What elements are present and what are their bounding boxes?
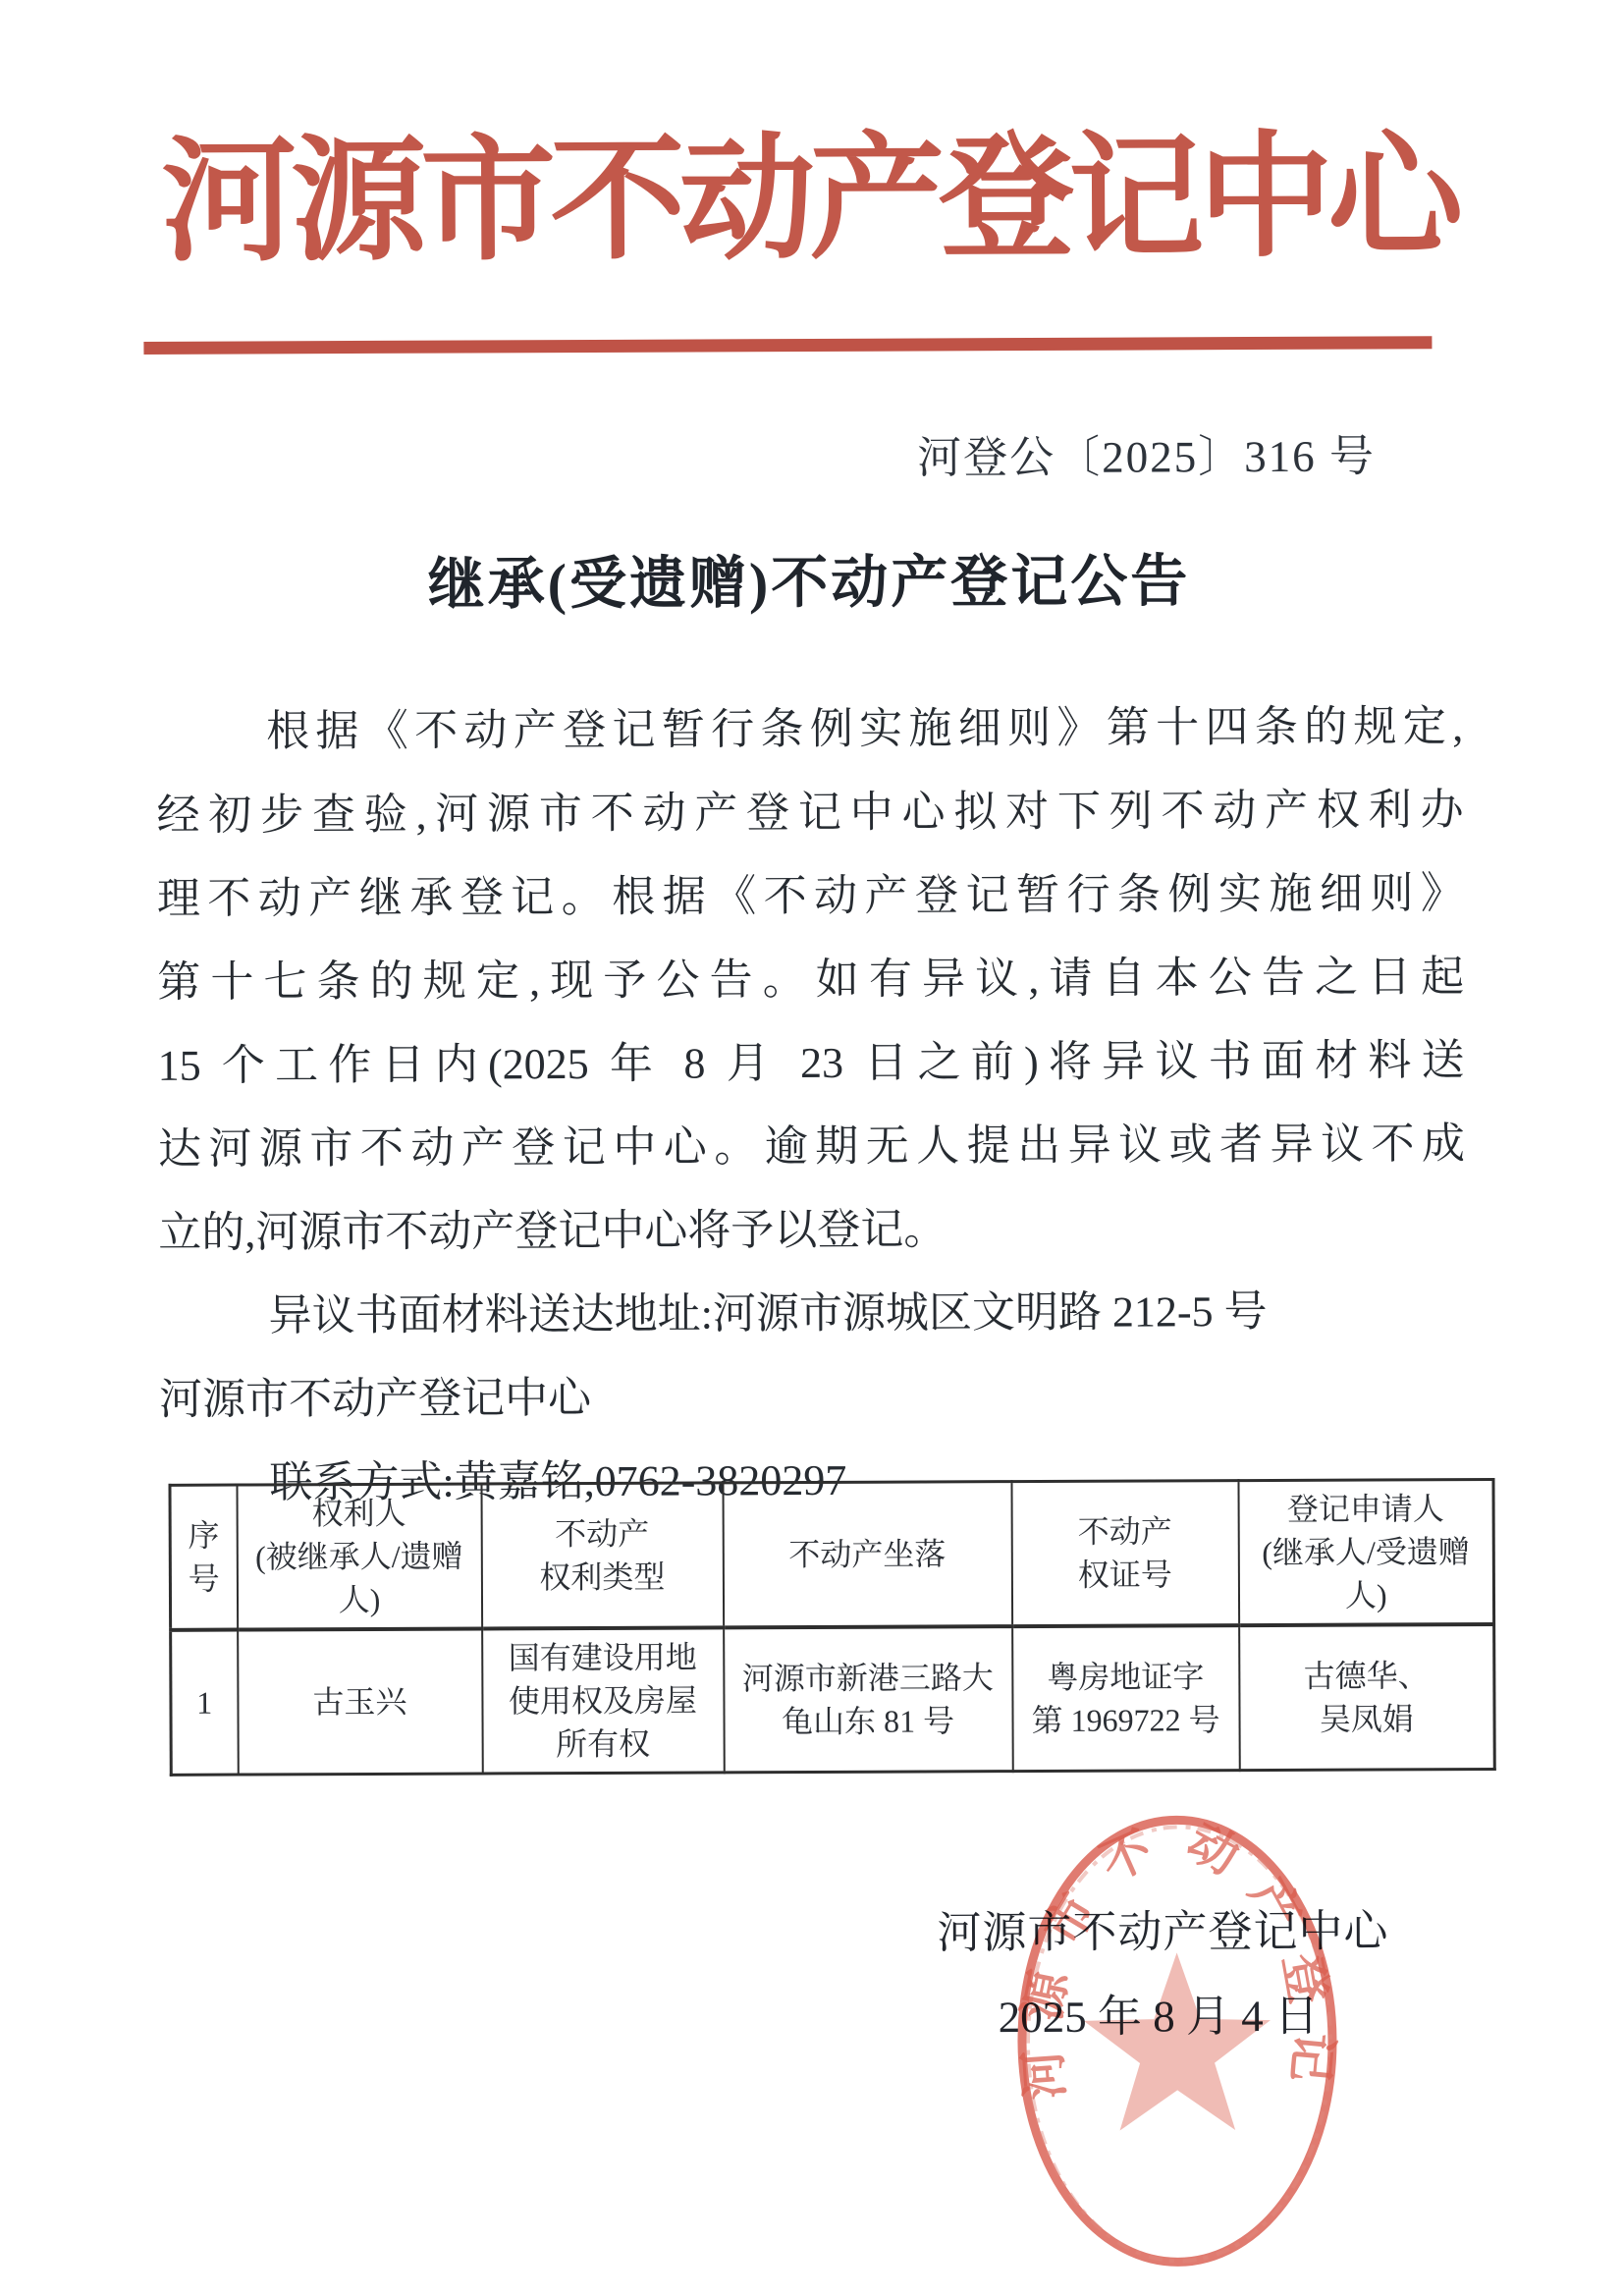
table-header-row: 序 号 权利人 (被继承人/遗赠 人) 不动产 权利类型 不动产坐落 不动产 权… [170,1479,1494,1629]
cell-right-holder: 古玉兴 [238,1628,483,1775]
body-line: 达河源市不动产登记中心。逾期无人提出异议或者异议不成 [158,1102,1465,1191]
header-serial-number: 序 号 [170,1485,238,1630]
cell-location: 河源市新港三路大 龟山东 81 号 [724,1626,1013,1773]
cell-certificate-number: 粤房地证字 第 1969722 号 [1012,1625,1240,1772]
header-right-holder: 权利人 (被继承人/遗赠 人) [237,1484,482,1630]
document-page: 河源市不动产登记中心 河登公〔2025〕316 号 继承(受遗赠)不动产登记公告… [0,0,1623,2296]
cell-right-type: 国有建设用地 使用权及房屋 所有权 [482,1627,725,1774]
body-line: 根据《不动产登记暂行条例实施细则》第十四条的规定, [156,684,1463,774]
body-line: 经初步查验,河源市不动产登记中心拟对下列不动产权利办 [156,768,1463,857]
body-line: 15 个工作日内(2025 年 8 月 23 日之前)将异议书面材料送 [157,1018,1464,1108]
scan-content: 河源市不动产登记中心 河登公〔2025〕316 号 继承(受遗赠)不动产登记公告… [0,0,1623,2296]
header-right-type: 不动产 权利类型 [481,1483,724,1629]
header-certificate-number: 不动产 权证号 [1011,1481,1239,1627]
header-applicant: 登记申请人 (继承人/受遗赠 人) [1238,1479,1494,1625]
signature-date: 2025 年 8 月 4 日 [938,1979,1380,2045]
masthead-divider-rule [143,336,1432,355]
cell-serial-number: 1 [171,1630,239,1776]
body-line-address-cont: 河源市不动产登记中心 [159,1352,1466,1442]
document-number: 河登公〔2025〕316 号 [917,419,1376,485]
header-location: 不动产坐落 [723,1482,1012,1628]
masthead-title: 河源市不动产登记中心 [0,122,1621,278]
body-line: 理不动产继承登记。根据《不动产登记暂行条例实施细则》 [157,851,1464,941]
notice-body: 根据《不动产登记暂行条例实施细则》第十四条的规定, 经初步查验,河源市不动产登记… [156,684,1467,1525]
announcement-table: 序 号 权利人 (被继承人/遗赠 人) 不动产 权利类型 不动产坐落 不动产 权… [168,1478,1495,1777]
body-line: 第十七条的规定,现予公告。如有异议,请自本公告之日起 [157,935,1464,1024]
cell-applicant: 古德华、 吴凤娟 [1239,1624,1495,1771]
body-line: 立的,河源市不动产登记中心将予以登记。 [158,1185,1465,1275]
signature-organization: 河源市不动产登记中心 [937,1894,1379,1960]
table-row: 1 古玉兴 国有建设用地 使用权及房屋 所有权 河源市新港三路大 龟山东 81 … [171,1624,1495,1775]
body-line-address: 异议书面材料送达地址:河源市源城区文明路 212-5 号 [159,1269,1466,1358]
notice-title: 继承(受遗赠)不动产登记公告 [0,532,1621,622]
